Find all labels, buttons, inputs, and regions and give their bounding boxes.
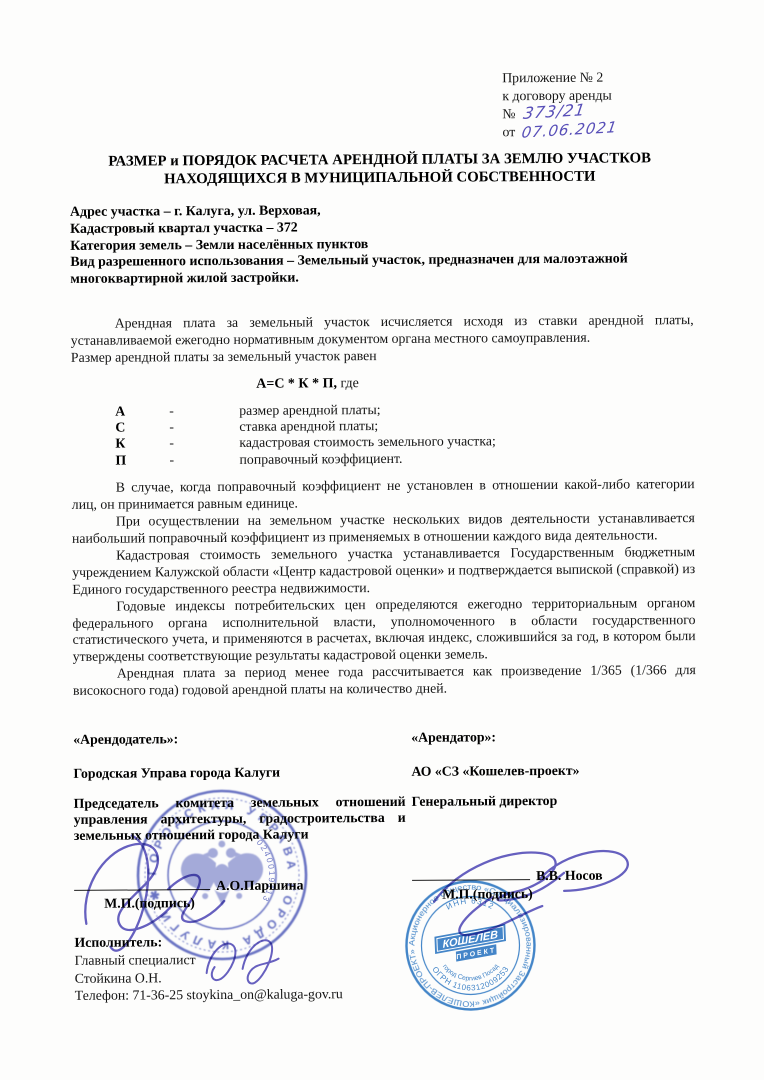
definition-dash: - (169, 452, 239, 469)
appendix-number-line: Приложение № 2 (502, 69, 614, 87)
number-label: № (502, 106, 515, 121)
paragraph-rent-basis: Арендная плата за земельный участок исчи… (71, 312, 694, 350)
formula-definitions: А - размер арендной платы; С - ставка ар… (71, 400, 694, 469)
paragraph-partial-year: Арендная плата за период менее года расс… (73, 662, 696, 700)
lessee-handwritten-signature (422, 838, 658, 947)
document-title: РАЗМЕР и ПОРЯДОК РАСЧЕТА АРЕНДНОЙ ПЛАТЫ … (60, 150, 700, 189)
lessor-role-header: «Арендодатель»: (73, 730, 405, 749)
lessee-role-header: «Арендатор»: (411, 728, 701, 747)
paragraph-rent-size: Размер арендной платы за земельный участ… (71, 346, 694, 367)
contract-date-line: от 07.06.2021 (502, 122, 614, 140)
plot-permitted-use: Вид разрешенного использования – Земельн… (70, 251, 694, 288)
definition-text: поправочный коэффициент. (239, 449, 694, 468)
formula-expression: А=С * К * П, (256, 376, 337, 391)
executor-handwritten-signature (194, 928, 304, 991)
scan-tilt-wrapper: Приложение № 2 к договору аренды № 373/2… (0, 0, 764, 1080)
lessee-position: Генеральный директор (412, 792, 702, 810)
date-label: от (502, 124, 515, 139)
paragraph-coefficient-default: В случае, когда поправочный коэффициент … (72, 476, 695, 514)
formula-tail: где (337, 376, 359, 391)
scanned-document-page: Приложение № 2 к договору аренды № 373/2… (0, 0, 764, 1080)
lessor-organization: Городская Управа города Калуги (73, 764, 405, 783)
plot-info-block: Адрес участка – г. Калуга, ул. Верховая,… (70, 201, 695, 289)
definition-letter: А (71, 403, 169, 420)
lessee-organization: АО «СЗ «Кошелев-проект» (411, 762, 701, 781)
handwritten-contract-date: 07.06.2021 (520, 119, 618, 142)
appendix-header: Приложение № 2 к договору аренды № 373/2… (502, 69, 615, 141)
definition-dash: - (169, 435, 239, 452)
definition-dash: - (169, 402, 239, 419)
definition-row-p: П - поправочный коэффициент. (71, 449, 694, 469)
paragraph-multiple-activities: При осуществлении на земельном участке н… (72, 510, 695, 548)
document-body: Арендная плата за земельный участок исчи… (71, 312, 696, 700)
definition-letter: К (71, 436, 169, 453)
rent-formula: А=С * К * П, где (71, 374, 694, 395)
definition-dash: - (169, 419, 239, 436)
paragraph-price-indices: Годовые индексы потребительских цен опре… (72, 595, 695, 666)
paragraph-cadastral-value: Кадастровая стоимость земельного участка… (72, 544, 695, 599)
definition-letter: С (71, 419, 169, 436)
definition-letter: П (71, 452, 169, 469)
